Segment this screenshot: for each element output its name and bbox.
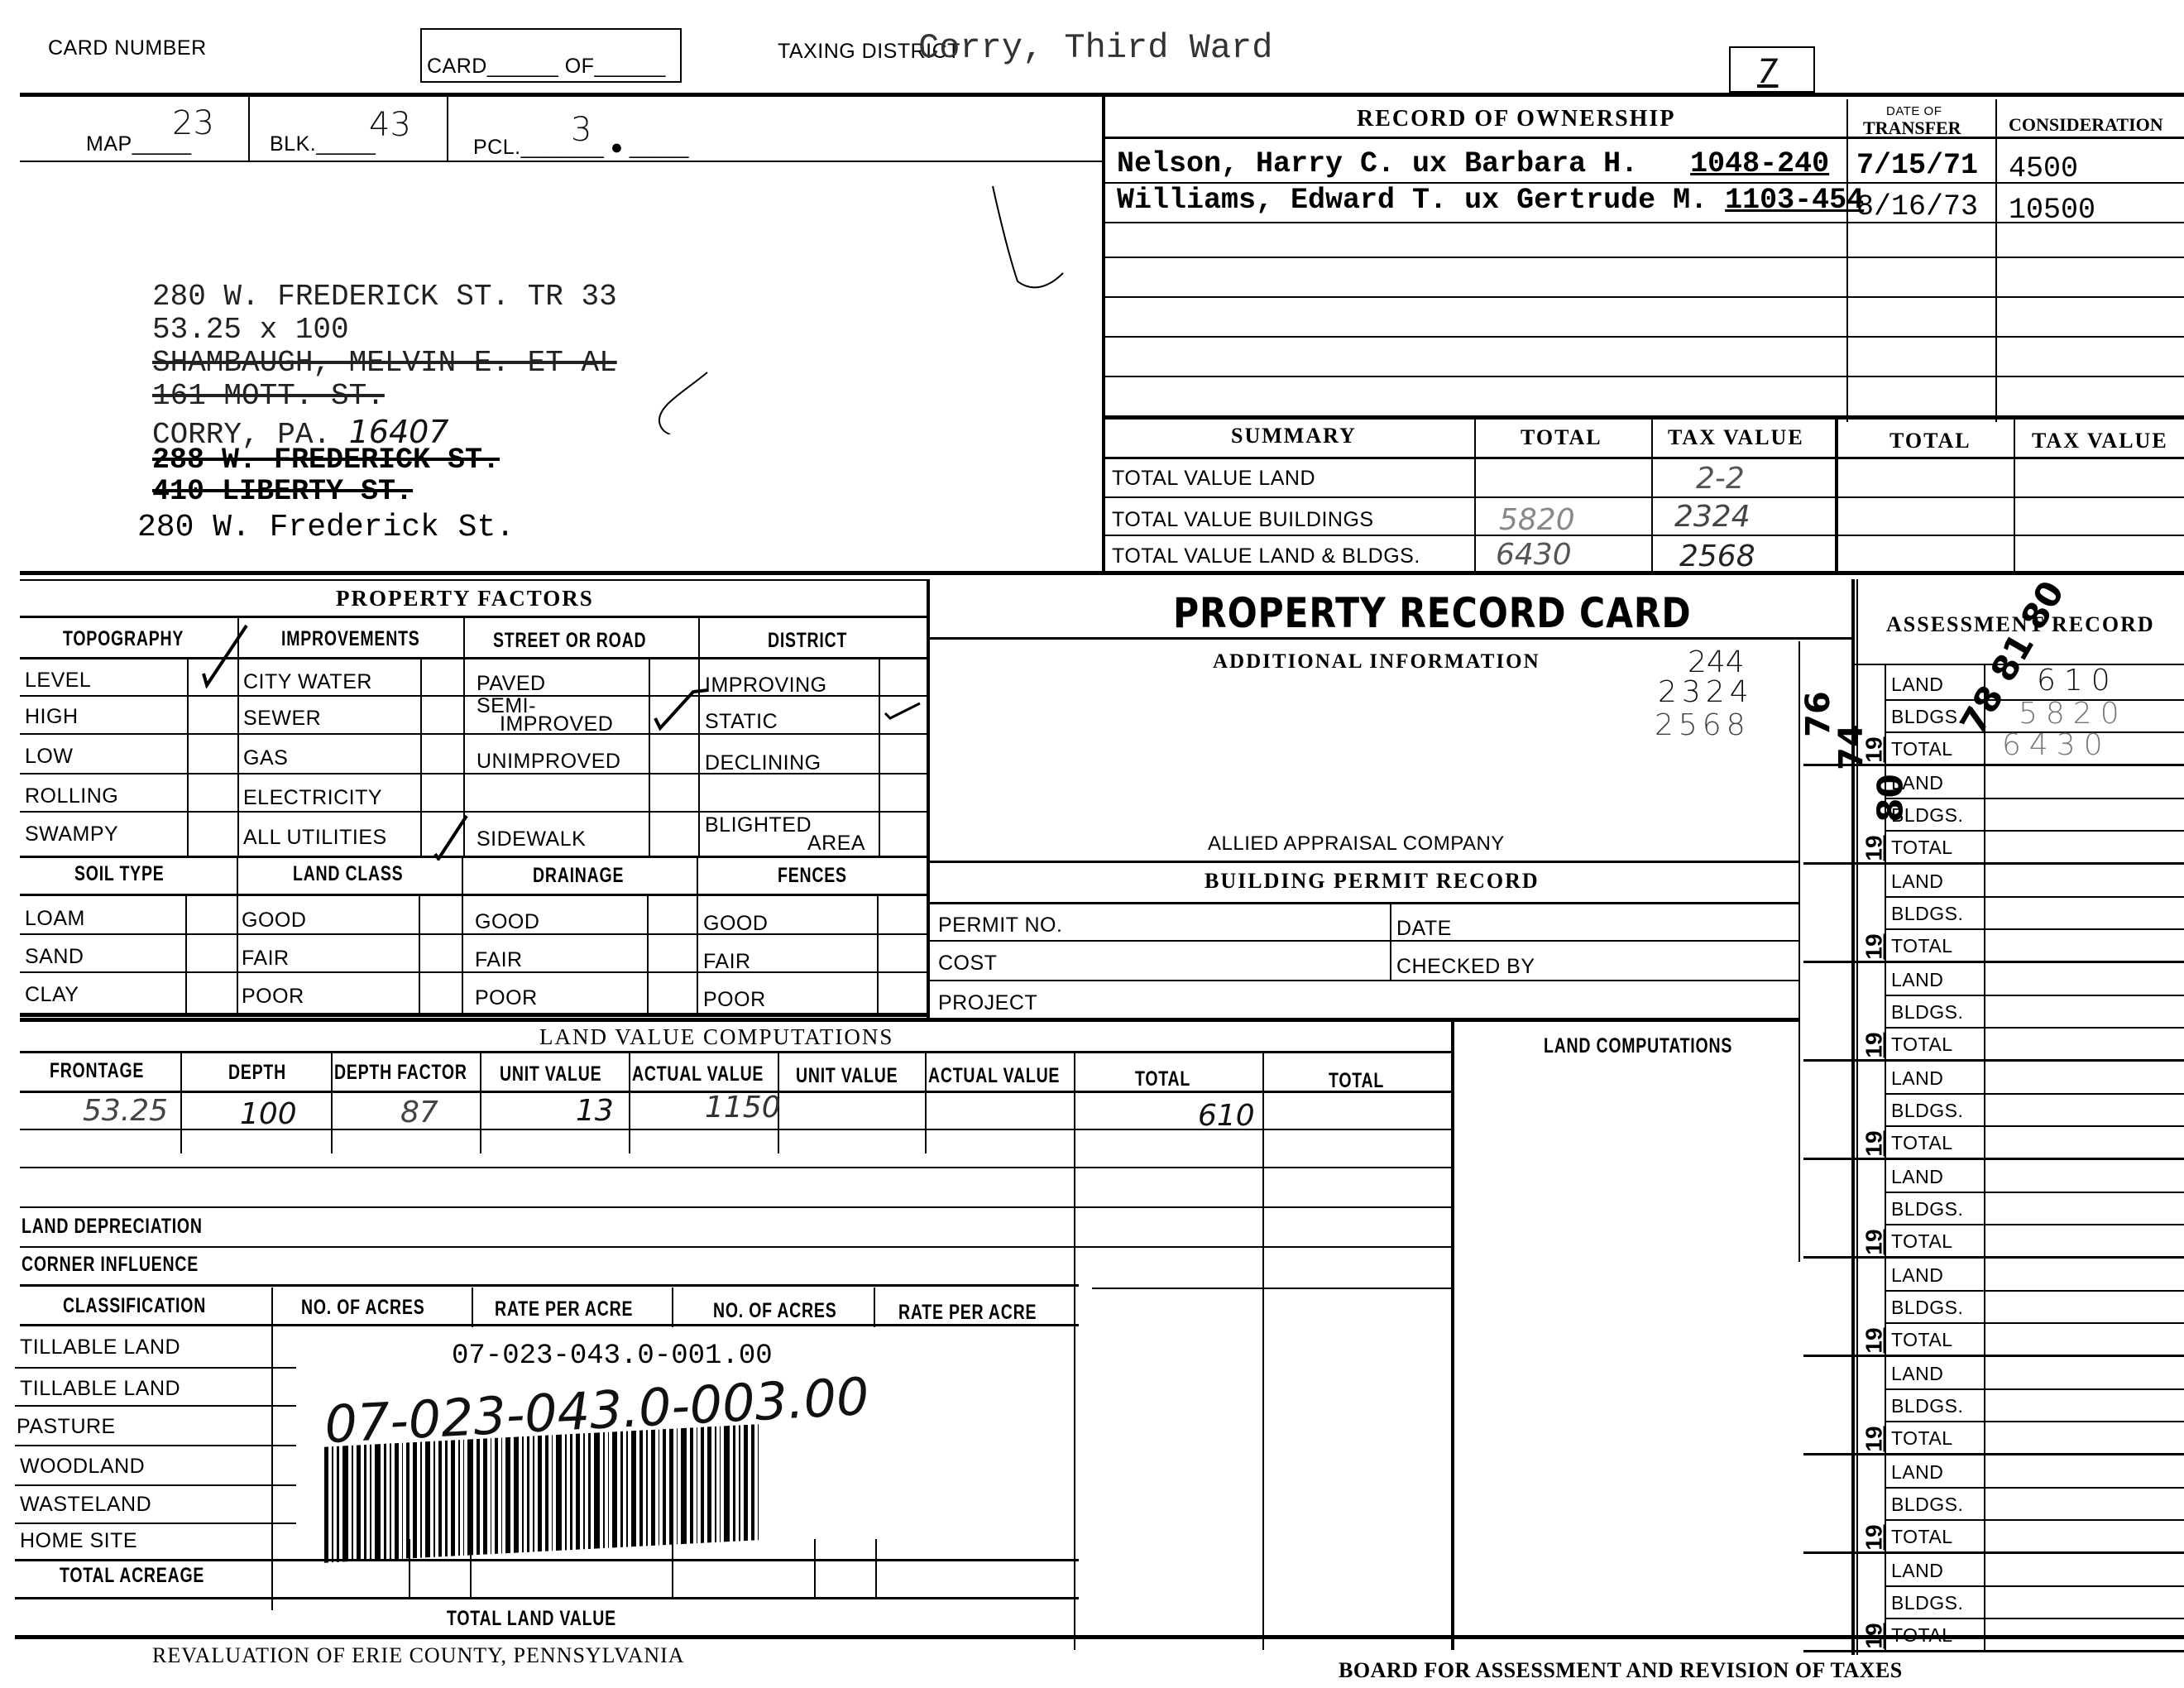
land-value-title: LAND VALUE COMPUTATIONS [539, 1024, 893, 1050]
street-unimproved[interactable]: UNIMPROVED [477, 750, 620, 774]
cost-label: COST [938, 952, 997, 976]
divider [1856, 579, 1858, 1655]
rule [20, 1284, 1079, 1287]
drainage-good[interactable]: GOOD [475, 910, 539, 934]
divider [185, 895, 187, 1014]
assessment-total-value: 6430 [2002, 728, 2111, 762]
col-total: TOTAL [1135, 1067, 1190, 1091]
barcode-bar [570, 1434, 572, 1550]
property-factors-title: PROPERTY FACTORS [336, 586, 594, 611]
class-tillable-2: TILLABLE LAND [20, 1377, 180, 1401]
depth-factor-value: 87 [400, 1096, 438, 1129]
address-current: 280 W. Frederick St. [137, 510, 515, 545]
barcode-bar [545, 1436, 548, 1551]
divider [879, 659, 880, 857]
barcode-bar [495, 1438, 497, 1554]
topo-level[interactable]: LEVEL [25, 669, 91, 693]
footer-left: REVALUATION OF ERIE COUNTY, PENNSYLVANIA [152, 1643, 685, 1668]
divider [647, 895, 649, 1014]
rule [15, 1484, 296, 1486]
rule [1886, 1027, 2184, 1029]
parcel-id-typed: 07-023-043.0-001.00 [452, 1340, 773, 1372]
additional-number-3: 2568 [1655, 708, 1751, 742]
rule [1105, 496, 2184, 498]
barcode-bar [483, 1438, 487, 1554]
rule [1886, 1224, 2184, 1225]
rule [928, 861, 1800, 863]
rule [15, 1405, 296, 1407]
fences-good[interactable]: GOOD [703, 912, 768, 936]
barcode-bar [491, 1438, 492, 1554]
divider [1995, 99, 1997, 422]
additional-number-2: 2324 [1658, 675, 1754, 709]
rule [1886, 995, 2184, 996]
divider [875, 1539, 877, 1599]
pen-mark [984, 182, 1084, 290]
assessment-row-label: BLDGS. [1891, 1395, 1963, 1417]
divider [462, 857, 463, 1014]
barcode-bar [384, 1444, 386, 1560]
assessment-row-label: LAND [1891, 1067, 1943, 1090]
rule [1886, 830, 2184, 832]
soil-loam[interactable]: LOAM [25, 907, 85, 931]
topo-low[interactable]: LOW [25, 745, 73, 769]
barcode-bar [594, 1432, 600, 1548]
land-depreciation-label: LAND DEPRECIATION [22, 1215, 203, 1239]
rule [15, 1367, 296, 1369]
checked-by-label: CHECKED BY [1396, 955, 1535, 979]
rule [1803, 1256, 2184, 1259]
drainage-fair[interactable]: FAIR [475, 948, 523, 972]
soil-sand[interactable]: SAND [25, 945, 84, 969]
rule [1886, 1519, 2184, 1521]
corner-influence-label: CORNER INFLUENCE [22, 1253, 199, 1277]
rule [20, 1324, 1079, 1326]
assessment-row-label: TOTAL [1891, 738, 1953, 760]
card-of-label: CARD______ OF______ [427, 55, 666, 79]
street-sidewalk[interactable]: SIDEWALK [477, 827, 586, 851]
address-line-1: 280 W. FREDERICK ST. TR 33 [152, 280, 617, 314]
check-all-utilities-icon [430, 814, 472, 861]
blk-value: 43 [369, 106, 411, 144]
year-prefix: 19 [1861, 736, 1888, 762]
divider [672, 1288, 673, 1327]
barcode-bar [603, 1432, 605, 1548]
assessment-row-label: BLDGS. [1891, 1198, 1963, 1220]
rule [1105, 296, 2184, 298]
barcode-bar [324, 1446, 328, 1562]
barcode-bar [588, 1433, 591, 1549]
barcode-bar [576, 1433, 580, 1549]
barcode-bar [337, 1446, 339, 1562]
frontage-value: 53.25 [83, 1094, 168, 1128]
year-prefix: 19 [1861, 1524, 1888, 1550]
barcode-bar [477, 1439, 479, 1555]
assessment-row-label: BLDGS. [1891, 903, 1963, 925]
consideration-header: CONSIDERATION [2009, 114, 2163, 136]
barcode-bar [538, 1436, 542, 1551]
rule [1886, 1290, 2184, 1292]
divider [420, 659, 422, 857]
barcode-bar [406, 1442, 409, 1558]
district-area[interactable]: AREA [807, 834, 865, 852]
summary-row-total: 6430 [1496, 538, 1572, 572]
summary-row-label: TOTAL VALUE BUILDINGS [1112, 508, 1374, 532]
rule [15, 1635, 2184, 1639]
class-wasteland: WASTELAND [20, 1493, 151, 1517]
barcode-bar [707, 1427, 711, 1542]
divider [1846, 99, 1848, 422]
class-pasture: PASTURE [17, 1415, 116, 1439]
barcode-bar [501, 1437, 503, 1553]
rule [1886, 896, 2184, 898]
divider [187, 659, 189, 857]
barcode-bar [533, 1436, 534, 1551]
taxing-district-label: TAXING DISTRICT [778, 40, 885, 63]
divider [1102, 94, 1105, 574]
assessment-row-label: BLDGS. [1891, 1297, 1963, 1319]
barcode-bar [690, 1427, 692, 1543]
map-value: 23 [172, 104, 214, 142]
rule [928, 940, 1800, 942]
land-class-good[interactable]: GOOD [242, 909, 306, 933]
rule [1886, 1388, 2184, 1390]
divider [927, 579, 930, 1022]
rule [1105, 376, 2184, 377]
topography-header: TOPOGRAPHY [63, 627, 184, 651]
rule [1886, 1322, 2184, 1324]
barcode-bar [744, 1425, 748, 1541]
barcode-bar [395, 1443, 399, 1559]
summary-tax-header: TAX VALUE [1668, 425, 1804, 450]
assessment-row-label: TOTAL [1891, 1526, 1953, 1548]
rule [1105, 535, 2184, 536]
blk-label: BLK._____ [270, 132, 376, 156]
barcode-bar [663, 1429, 665, 1545]
year-prefix: 19 [1861, 933, 1888, 959]
barcode-bar [375, 1444, 381, 1560]
divider [1451, 1021, 1454, 1650]
year-prefix: 19 [1861, 1130, 1888, 1156]
owner-row-1-consideration: 4500 [2009, 152, 2078, 185]
rule [20, 1129, 1451, 1130]
col-frontage: FRONTAGE [50, 1059, 144, 1083]
barcode-bar [364, 1445, 366, 1561]
date-of-label: DATE OF [1886, 104, 1942, 118]
rule [20, 1013, 930, 1017]
rule [20, 579, 930, 581]
address-line-struck-4: 410 LIBERTY ST. [152, 475, 413, 508]
divider [1262, 1053, 1264, 1650]
year-prefix: 19 [1861, 1426, 1888, 1451]
rule [1803, 1551, 2184, 1554]
district-blighted[interactable]: BLIGHTED [705, 816, 812, 834]
rule [1105, 257, 2184, 258]
divider [472, 1288, 473, 1327]
check-static-icon [882, 700, 923, 725]
rule [1886, 1125, 2184, 1127]
topo-swampy[interactable]: SWAMPY [25, 822, 118, 846]
barcode-bar [463, 1440, 465, 1556]
rule [1886, 1618, 2184, 1619]
summary-row-label: TOTAL VALUE LAND [1112, 467, 1315, 491]
barcode-bar [505, 1437, 510, 1553]
street-improved[interactable]: IMPROVED [500, 715, 613, 733]
assessment-row-label: TOTAL [1891, 837, 1953, 859]
street-header: STREET OR ROAD [493, 629, 646, 653]
district-static[interactable]: STATIC [705, 710, 778, 734]
address-line-struck-3: 288 W. FREDERICK ST. [152, 444, 500, 477]
address-line-2: 53.25 x 100 [152, 313, 349, 347]
depth-value: 100 [240, 1097, 297, 1131]
class-home-site: HOME SITE [20, 1529, 137, 1553]
address-line-struck-1: SHAMBAUGH, MELVIN E. ET AL [152, 346, 617, 380]
rule [15, 1559, 1079, 1561]
barcode-bar [724, 1426, 730, 1542]
land-computations-title: LAND COMPUTATIONS [1544, 1034, 1732, 1058]
fences-fair[interactable]: FAIR [703, 950, 751, 974]
property-record-card-title: PROPERTY RECORD CARD [1173, 589, 1692, 637]
col-depth-factor: DEPTH FACTOR [334, 1061, 467, 1085]
soil-type-header: SOIL TYPE [74, 862, 165, 886]
col-unit-value-2: UNIT VALUE [796, 1064, 898, 1088]
owner-row-2: Williams, Edward T. ux Gertrude M. 1103-… [1117, 184, 1864, 217]
improvements-header: IMPROVEMENTS [281, 627, 420, 651]
assessment-row-label: BLDGS. [1891, 706, 1963, 728]
rule [20, 971, 927, 973]
pcl-value: 3 [571, 111, 591, 149]
barcode-bar [467, 1439, 473, 1555]
assessment-row-label: LAND [1891, 1560, 1943, 1582]
assessment-row-label: BLDGS. [1891, 1494, 1963, 1516]
owner-row-1-date: 7/15/71 [1856, 149, 1978, 182]
classification-header: CLASSIFICATION [63, 1294, 206, 1318]
rule [20, 1167, 1451, 1168]
summary-tax-header-2: TAX VALUE [2032, 429, 2168, 453]
assessment-row-label: LAND [1891, 969, 1943, 991]
rule [928, 980, 1800, 981]
barcode-bar [626, 1431, 628, 1547]
barcode-bar [758, 1424, 759, 1540]
rule [1105, 415, 2184, 420]
rule [20, 933, 927, 935]
barcode-bar [552, 1435, 553, 1551]
impr-gas[interactable]: GAS [243, 746, 288, 770]
drainage-header: DRAINAGE [533, 864, 624, 888]
ownership-title: RECORD OF OWNERSHIP [1357, 106, 1675, 132]
rule [1092, 1288, 1451, 1289]
assessment-row-label: LAND [1891, 674, 1943, 696]
impr-all-utilities[interactable]: ALL UTILITIES [243, 826, 387, 850]
barcode-bar [413, 1442, 417, 1558]
year-prefix: 19 [1861, 1229, 1888, 1254]
barcode-bar [370, 1445, 371, 1561]
rate-header-2: RATE PER ACRE [898, 1301, 1037, 1325]
divider [331, 1053, 333, 1153]
summary-total-header: TOTAL [1521, 425, 1602, 450]
rule [20, 1018, 1800, 1022]
impr-sewer[interactable]: SEWER [243, 707, 321, 731]
barcode-bar [651, 1430, 655, 1546]
assessment-row-label: TOTAL [1891, 1230, 1953, 1253]
divider [629, 1053, 630, 1153]
rule [1105, 222, 2184, 223]
summary-row-tax: 2324 [1674, 500, 1751, 534]
barcode-bar [357, 1445, 361, 1561]
assessment-row-label: TOTAL [1891, 1329, 1953, 1351]
fences-header: FENCES [778, 864, 847, 888]
barcode-bar [620, 1431, 623, 1547]
topo-rolling[interactable]: ROLLING [25, 784, 118, 808]
street-paved[interactable]: PAVED [477, 672, 546, 696]
barcode-bar [739, 1425, 740, 1541]
rule [20, 571, 2184, 575]
rule [1886, 1093, 2184, 1095]
impr-electricity[interactable]: ELECTRICITY [243, 786, 382, 810]
rate-header: RATE PER ACRE [495, 1297, 633, 1321]
barcode-bar [352, 1446, 353, 1561]
barcode-bar [451, 1440, 455, 1556]
barcode-bar [639, 1431, 642, 1547]
drainage-poor[interactable]: POOR [475, 986, 538, 1010]
assessment-row-label: TOTAL [1891, 1132, 1953, 1154]
actual-value: 1150 [705, 1091, 781, 1125]
assessment-row-label: LAND [1891, 1264, 1943, 1287]
date-label: DATE [1396, 917, 1452, 941]
company-label: ALLIED APPRAISAL COMPANY [1208, 832, 1505, 856]
land-class-fair[interactable]: FAIR [242, 947, 290, 971]
col-unit-value: UNIT VALUE [500, 1062, 601, 1086]
divider [877, 895, 879, 1014]
summary-title: SUMMARY [1231, 424, 1357, 448]
land-class-header: LAND CLASS [293, 862, 403, 886]
barcode-bar [342, 1446, 348, 1561]
rule [15, 1597, 1079, 1599]
class-tillable-1: TILLABLE LAND [20, 1336, 180, 1360]
rule [20, 161, 1104, 162]
divider [874, 1288, 875, 1327]
owner-row-2-date: 8/16/73 [1856, 190, 1978, 223]
rule [1886, 1585, 2184, 1587]
rule [15, 1445, 296, 1446]
divider [1390, 904, 1391, 980]
rule [1886, 798, 2184, 799]
footer-right: BOARD FOR ASSESSMENT AND REVISION OF TAX… [1339, 1658, 1903, 1683]
divider [814, 1539, 816, 1599]
rule [1886, 928, 2184, 930]
assessment-row-label: LAND [1891, 1363, 1943, 1385]
barcode-bar [527, 1436, 529, 1552]
rule [1886, 1421, 2184, 1422]
col-actual-value: ACTUAL VALUE [632, 1062, 764, 1086]
assessment-land-value: 610 [2037, 664, 2119, 698]
assessment-row-label: TOTAL [1891, 1033, 1953, 1056]
rule [1105, 457, 2184, 459]
total-acreage-label: TOTAL ACREAGE [60, 1564, 204, 1588]
check-level-icon [197, 622, 263, 688]
divider [180, 1053, 182, 1153]
barcode-bar [425, 1441, 431, 1557]
divider [419, 895, 420, 1014]
district-improving[interactable]: IMPROVING [705, 674, 827, 698]
rule [20, 1246, 1451, 1248]
barcode-bar [681, 1428, 687, 1544]
unit-value: 13 [576, 1094, 614, 1128]
barcode-bar [608, 1432, 610, 1548]
barcode-bar [631, 1431, 637, 1547]
rule [1803, 961, 2184, 963]
check-semi-improved-icon [652, 687, 710, 736]
soil-clay[interactable]: CLAY [25, 983, 79, 1007]
assessment-row-label: BLDGS. [1891, 1592, 1963, 1614]
total-land-value-label: TOTAL LAND VALUE [447, 1607, 616, 1631]
summary-total-header-2: TOTAL [1889, 429, 1971, 453]
district-declining[interactable]: DECLINING [705, 751, 821, 775]
acres-header-2: NO. OF ACRES [713, 1299, 836, 1323]
total-value: 610 [1198, 1099, 1255, 1133]
divider [248, 94, 250, 161]
assessment-row-label: LAND [1891, 870, 1943, 893]
rule [1886, 1487, 2184, 1489]
rule [1803, 1650, 2184, 1652]
barcode-bar [659, 1429, 660, 1545]
barcode-bar [402, 1443, 404, 1559]
barcode-bar [433, 1441, 435, 1557]
rule [20, 1206, 1451, 1208]
assessment-row-label: TOTAL [1891, 935, 1953, 957]
col-actual-value-2: ACTUAL VALUE [928, 1064, 1060, 1088]
barcode-bar [583, 1433, 585, 1549]
barcode-bar [458, 1440, 460, 1556]
taxing-district-value: Corry, Third Ward [918, 28, 1272, 68]
divider [672, 1539, 673, 1599]
topo-high[interactable]: HIGH [25, 705, 79, 729]
rule [20, 1051, 1451, 1053]
assessment-row-label: BLDGS. [1891, 1001, 1963, 1024]
barcode-bar [420, 1442, 422, 1558]
fences-poor[interactable]: POOR [703, 988, 766, 1012]
assessment-row-label: LAND [1891, 1461, 1943, 1484]
address-line-struck-2: 161 MOTT. ST. [152, 379, 385, 413]
summary-row-tax: 2-2 [1696, 462, 1745, 496]
permit-no-label: PERMIT NO. [938, 914, 1062, 938]
barcode-bar [445, 1441, 448, 1556]
year-prefix: 19 [1861, 835, 1888, 861]
barcode-bar [733, 1426, 735, 1542]
rule [1803, 1453, 2184, 1455]
summary-row-tax: 2568 [1679, 539, 1755, 573]
barcode-bar [751, 1424, 754, 1540]
rule [928, 902, 1800, 904]
rule [1803, 862, 2184, 865]
additional-number-1: 244 [1688, 645, 1745, 679]
rule [20, 616, 927, 618]
barcode-bar [669, 1429, 673, 1545]
acres-header: NO. OF ACRES [301, 1296, 424, 1320]
assessment-row-label: LAND [1891, 1166, 1943, 1188]
assessment-row-label: TOTAL [1891, 1427, 1953, 1450]
summary-row-total: 5820 [1499, 503, 1575, 537]
rule [20, 856, 927, 858]
land-class-poor[interactable]: POOR [242, 985, 304, 1009]
divider [271, 1288, 273, 1610]
rule [1803, 1355, 2184, 1357]
year-prefix: 19 [1861, 1032, 1888, 1057]
barcode-bar [332, 1446, 333, 1562]
class-woodland: WOODLAND [20, 1455, 145, 1479]
rule [928, 637, 1853, 640]
barcode-bar [677, 1428, 678, 1544]
